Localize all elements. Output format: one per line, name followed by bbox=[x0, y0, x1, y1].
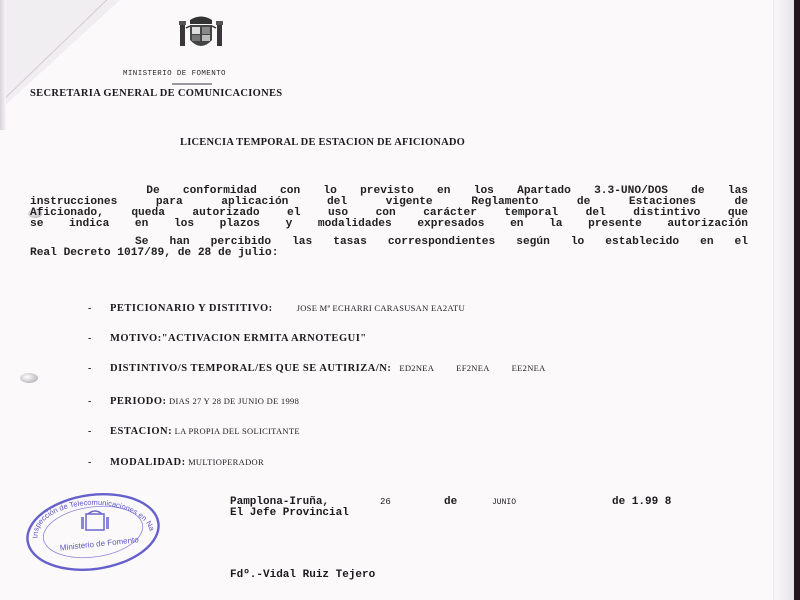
punch-hole-icon bbox=[20, 373, 38, 383]
field-label: ESTACION: bbox=[110, 426, 172, 437]
signatory-name: Fdº.-Vidal Ruiz Tejero bbox=[230, 569, 375, 581]
scanner-border bbox=[794, 0, 800, 600]
paragraph-line: Real Decreto 1017/89, de 28 de julio: bbox=[30, 248, 748, 259]
signature-day: 26 bbox=[380, 497, 444, 507]
department-name: SECRETARIA GENERAL DE COMUNICACIONES bbox=[30, 88, 282, 99]
paragraph-authorization: De conformidad con lo previsto en los Ap… bbox=[30, 186, 748, 230]
bullet-dash: - bbox=[88, 426, 110, 437]
signatory-role: El Jefe Provincial bbox=[230, 507, 349, 519]
document-title: LICENCIA TEMPORAL DE ESTACION DE AFICION… bbox=[180, 137, 465, 148]
paragraph-fees: Se han percibido las tasas correspondien… bbox=[30, 237, 748, 259]
callsign: EE2NEA bbox=[512, 363, 546, 373]
ministry-name: MINISTERIO DE FOMENTO bbox=[123, 70, 226, 78]
field-label: DISTINTIVO/S TEMPORAL/ES QUE SE AUTIRIZA… bbox=[110, 363, 391, 374]
field-value: DIAS 27 Y 28 DE JUNIO DE 1998 bbox=[169, 396, 299, 406]
field-station: -ESTACION: LA PROPIA DEL SOLICITANTE bbox=[78, 415, 300, 448]
field-label: PETICIONARIO Y DISTITIVO: bbox=[110, 303, 273, 314]
field-label: MODALIDAD: bbox=[110, 457, 186, 468]
field-mode: -MODALIDAD: MULTIOPERADOR bbox=[78, 446, 264, 479]
coat-of-arms-icon bbox=[178, 14, 224, 52]
field-value: MULTIOPERADOR bbox=[188, 457, 264, 467]
field-reason: -MOTIVO:"ACTIVACION ERMITA ARNOTEGUI" bbox=[78, 322, 367, 355]
bullet-dash: - bbox=[88, 457, 110, 468]
bullet-dash: - bbox=[88, 363, 110, 374]
signature-month: JUNIO bbox=[492, 498, 612, 507]
bullet-dash: - bbox=[88, 333, 110, 344]
field-period: -PERIODO: DIAS 27 Y 28 DE JUNIO DE 1998 bbox=[78, 385, 299, 418]
paragraph-line: se indica en los plazos y modalidades ex… bbox=[30, 219, 748, 230]
official-stamp-icon: Inspección de Telecomunicaciones en Nava… bbox=[24, 492, 162, 572]
bullet-dash: - bbox=[88, 396, 110, 407]
field-temporary-callsigns: -DISTINTIVO/S TEMPORAL/ES QUE SE AUTIRIZ… bbox=[78, 352, 546, 385]
field-value: LA PROPIA DEL SOLICITANTE bbox=[175, 426, 300, 436]
callsign: ED2NEA bbox=[399, 363, 434, 373]
field-applicant: -PETICIONARIO Y DISTITIVO:JOSE Mª ECHARR… bbox=[78, 292, 465, 325]
stamp-inner-text: Ministerio de Fomento bbox=[59, 535, 139, 552]
header-rule bbox=[172, 83, 212, 85]
signature-year: de 1.99 8 bbox=[612, 496, 671, 508]
field-label: MOTIVO: bbox=[110, 333, 162, 344]
field-value: JOSE Mª ECHARRI CARASUSAN EA2ATU bbox=[297, 303, 465, 313]
page-edge-shadow bbox=[0, 0, 6, 130]
callsign: EF2NEA bbox=[456, 363, 489, 373]
bullet-dash: - bbox=[88, 303, 110, 314]
field-label: PERIODO: bbox=[110, 396, 167, 407]
field-value: "ACTIVACION ERMITA ARNOTEGUI" bbox=[162, 333, 367, 344]
scanned-document-page: MINISTERIO DE FOMENTO SECRETARIA GENERAL… bbox=[0, 0, 800, 600]
scanner-margin bbox=[773, 0, 794, 600]
signature-de: de bbox=[444, 496, 492, 508]
